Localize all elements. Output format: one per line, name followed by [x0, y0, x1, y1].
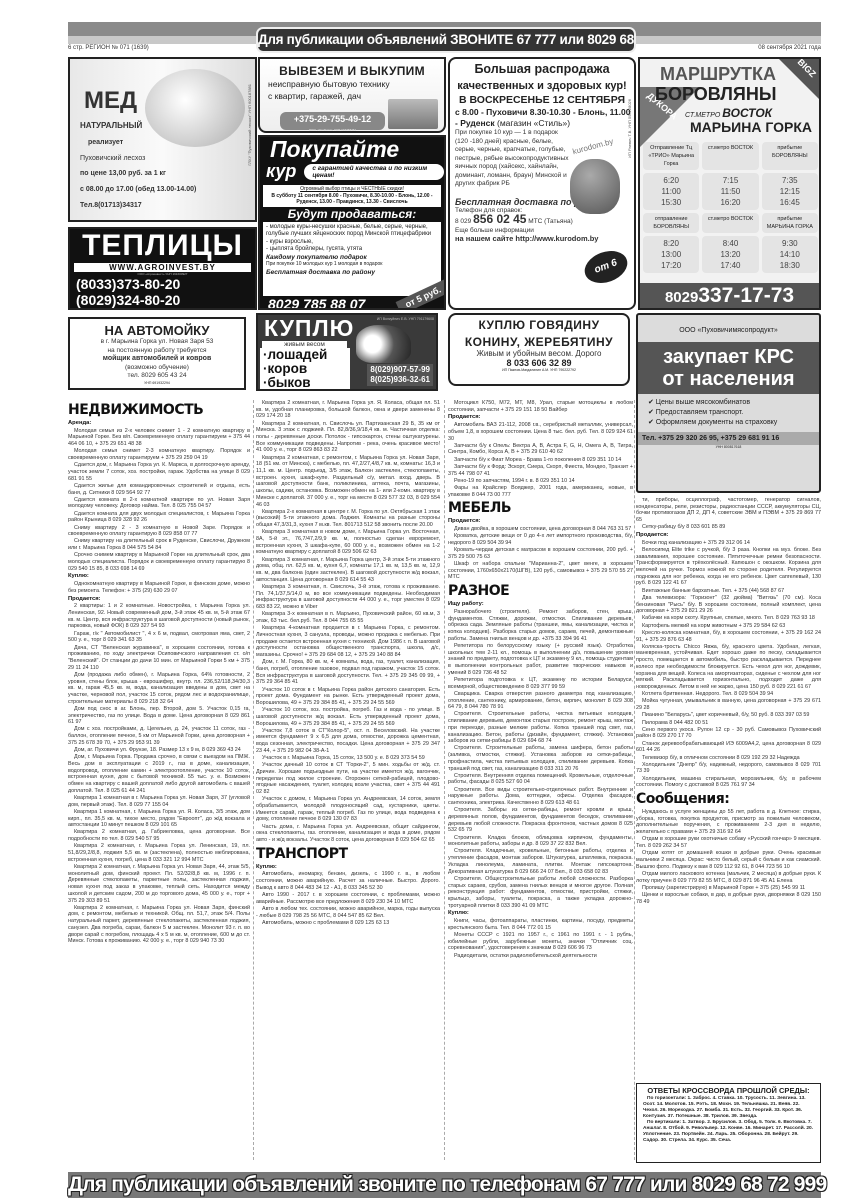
bus-header: ст.метро ВОСТОК — [702, 142, 758, 170]
krs-list: ✔ Цены выше мясокомбинатов ✔ Предоставля… — [638, 394, 819, 432]
bus-time: 8:40 — [704, 238, 756, 249]
section-heading: РАЗНОЕ — [448, 583, 633, 599]
krs-phone: Тел. +375 29 320 26 95, +375 29 681 91 1… — [638, 432, 819, 445]
classified-ad: Дом, г. М. Горка, 80 кв. м, 4 комнаты, в… — [256, 659, 440, 686]
teplitsy-title: ТЕПЛИЦЫ — [70, 229, 255, 263]
classified-ad: Радиодетали, остатки радиолюбительской д… — [448, 953, 633, 960]
kurodom-date: В ВОСКРЕСЕНЬЕ 12 СЕНТЯБРЯ — [450, 93, 634, 107]
bus-times: 9:3014:1018:30 — [762, 236, 818, 273]
classified-ad: Авто 1990 - 2017 г. в хорошем состоянии,… — [256, 892, 440, 905]
classified-ad: Однокомнатную квартиру в Марьиной Горке,… — [68, 581, 250, 594]
classified-ad: Велосипед Elite trike с ручкой, б/у 3 ра… — [636, 547, 821, 587]
crossword-vertical: По вертикали: 1. Затвор. 2. Брусилов. 3.… — [643, 1120, 814, 1144]
classified-ad: Котлета бритвенная. Недорого. Тел. 8 029… — [636, 691, 821, 698]
classified-ad: Холодильник "Днепр" б/у, надежный, недор… — [636, 762, 821, 775]
section-heading: Сообщения: — [636, 791, 821, 807]
classified-ad: Коляска-трость Chicco Явжа, б/у, красног… — [636, 644, 821, 691]
kurodom-site-logo: kurodom.by — [572, 137, 615, 157]
classified-ad: Авто в любом тех. состоянии, можно авари… — [256, 906, 440, 919]
classifieds-column-1: НЕДВИЖИМОСТЬАренда:Молодая семья из 2-х … — [68, 400, 250, 1160]
bus-title3-big: ВОСТОК — [722, 106, 772, 120]
bus-title2: БОРОВЛЯНЫ — [655, 84, 776, 105]
section-heading: МЕБЕЛЬ — [448, 500, 633, 516]
classified-ad: Сетку-рабицу б/у 8 033 601 85 89 — [636, 524, 821, 531]
kurodom-phone: 8 029 856 02 45 МТС (Татьяна) — [450, 215, 634, 227]
beef-phone: 8 033 606 32 89 — [450, 358, 628, 368]
header-banner: Для публикации объявлений ЗВОНИТЕ 67 777… — [256, 27, 636, 53]
classified-ad: Квартира 3 комнатная в новом доме, г. Ма… — [256, 529, 440, 556]
classified-ad: Холодильник, машина стиральная, морозиль… — [636, 776, 821, 789]
classified-ad: Телевизор б/у, в отличном состоянии 8 02… — [636, 755, 821, 762]
classified-ad: Квартира 1 комнатная, г. Марьина Горка у… — [68, 809, 250, 829]
honey-phone: Тел.8(01713)34317 — [80, 202, 142, 209]
bus-title4: МАРЬИНА ГОРКА — [690, 119, 812, 135]
classified-ad: Сдается комната для двух молодых специал… — [68, 511, 250, 524]
classified-ad: Участок 10 соток в г. Марьина Горка райо… — [256, 687, 440, 707]
classified-ad: Участок 10 соток, хоз. постройка, погреб… — [256, 707, 440, 727]
classified-ad: Строителя. Кладка блоков, облицовка кирп… — [448, 835, 633, 848]
subsection-heading: Продается: — [636, 532, 821, 539]
classified-ad: Автомобиль, можно с проблемами 8 029 125… — [256, 920, 440, 927]
footer-banner: Для публикации объявлений звоните по тел… — [68, 1172, 821, 1198]
kury-gift: Каждому покупателю подарок — [266, 254, 438, 262]
subsection-heading: Аренда: — [68, 420, 250, 427]
vyvezem-sub: ООО «ЭкоВилл» УНП 193258461 — [280, 123, 385, 133]
bus-times: 8:2013:0017:20 — [643, 236, 699, 273]
classified-ad: Квартира 2 комнатная, г. Марьина Горка у… — [68, 843, 250, 863]
bus-time: 6:20 — [645, 175, 697, 186]
bus-title1: МАРШРУТКА — [660, 64, 776, 85]
classified-ad: Сдается дом, г. Марьина Горка ул. К. Мар… — [68, 462, 250, 482]
classified-ad: Дом с хоз. постройками, д. Цегельня, д. … — [68, 726, 250, 746]
honey-jar-image — [145, 69, 245, 147]
vyvezem-phone: +375-29-755-49-12 ООО «ЭкоВилл» УНП 1932… — [280, 112, 385, 130]
kury-pill: с гарантией качества и по низким ценам! — [304, 164, 444, 180]
kury-box: Огромный выбор птицы и ЧЕСТНЫЕ скидки! В… — [263, 185, 441, 207]
kury-item1: - молодые куры-несушки красные, белые, с… — [266, 224, 438, 239]
classified-ad: Запчасти б/у к Опель: Вектра А, В, Астра… — [448, 443, 633, 456]
classified-ad: Автомобиль ВАЗ 21-112, 2008 г.в., серебр… — [448, 422, 633, 442]
bus-time: 8:20 — [645, 238, 697, 249]
classified-ad: Запчасти б/у к Форд: Эскорт, Сиера, Скор… — [448, 464, 633, 477]
classified-ad: Шкаф от набора спальни "Марианна-2", цве… — [448, 561, 633, 581]
classified-ad: Книги, часы, фотоаппараты, пластинки, ка… — [448, 918, 633, 931]
kury-box-line2: В субботу 11 сентября 8.00 - Пуховичи, 8… — [266, 193, 438, 206]
classified-ad: Мотоцикл К750, М72, МТ, М8, Урал, старые… — [448, 400, 633, 413]
krs-org: ООО «Пуховичимясопродукт» — [638, 327, 819, 334]
classified-ad: Сниму квартиру на длительный срок в Руде… — [68, 538, 250, 551]
kury-kur: кур — [260, 161, 296, 182]
horses-list: ·лошадей ·коров ·быков — [260, 348, 350, 390]
classified-ad: Строителя. Внутренняя отделка помещений.… — [448, 773, 633, 786]
bus-header: прибытие БОРОВЛЯНЫ — [762, 142, 818, 170]
classified-ad: Строителя. Строительные работы, замена ш… — [448, 745, 633, 772]
classified-ad: Сниму квартиру 2 - 3 комнатную в Новой З… — [68, 525, 250, 538]
horses-phones: 8(029)907-57-99 8(025)936-32-61 — [367, 364, 433, 386]
kurodom-schedule-note: (магазин «Стиль») — [497, 118, 570, 128]
subsection-heading: Куплю: — [68, 573, 250, 580]
column-divider — [253, 400, 254, 1160]
subsection-heading: Куплю: — [448, 910, 633, 917]
bus-time: 13:00 — [645, 249, 697, 260]
honey-line2: Пуховичский лесхоз — [80, 155, 145, 162]
classified-ad: Отдам в хорошие руки охотничью собаку «Р… — [636, 836, 821, 849]
honey-title: МЕД — [84, 87, 137, 115]
subsection-heading: Ищу работу: — [448, 601, 633, 608]
horse-image — [356, 325, 411, 363]
bus-time: 16:20 — [704, 197, 756, 208]
ad-car-wash: НА АВТОМОЙКУ в г. Марьина Горка ул. Нова… — [68, 317, 246, 390]
classified-ad: Строителя. Кладочные, кровельные, бетонн… — [448, 848, 633, 875]
classified-ad: Квартира 2 комнатная, г. Марьина Горка у… — [68, 864, 250, 904]
classifieds-column-2: Квартира 2 комнатная, г. Марьина Горка у… — [256, 400, 440, 1160]
kury-item2: - куры взрослые, — [266, 239, 438, 247]
honey-line1: реализует — [88, 139, 123, 146]
krs-title2: от населения — [638, 368, 819, 390]
classified-ad: Мойка чугунная, умывальник в ванную, цен… — [636, 698, 821, 711]
classifieds-column-4: ти, приборы, осциллограф, частотомер, ге… — [636, 497, 821, 1079]
kurodom-phone-suffix: МТС (Татьяна) — [528, 218, 572, 225]
classified-ad: Строителя. Строительные работы, чистка п… — [448, 711, 633, 745]
bus-header: ст.метро ВОСТОК — [702, 213, 758, 233]
classified-ad: Квартира 4-комнатная продается в г. Марь… — [256, 625, 440, 659]
classified-ad: Пианино "Беларусь", цвет коричневый, б/у… — [636, 712, 821, 719]
bus-phone-prefix: 8029 — [665, 289, 698, 306]
classified-ad: Квартира 1 комнатная в г. Марьина Горка … — [68, 795, 250, 808]
ad-krs: ООО «Пуховичимясопродукт» закупает КРС о… — [636, 313, 821, 493]
appliance-image — [388, 99, 438, 129]
kury-gift-note: При покупке 10 молодых кур 1 молодая в п… — [266, 261, 438, 269]
bus-time: 12:15 — [764, 186, 816, 197]
section-heading: ТРАНСПОРТ — [256, 846, 440, 862]
classified-ad: Кровать-чердак детская с матрасом в хоро… — [448, 547, 633, 560]
classified-ad: Два телевизора: "Горизонт" (32 дюйма) "В… — [636, 595, 821, 615]
kurodom-site: на нашем сайте http://www.kurodom.by — [450, 235, 634, 244]
classified-ad: Квартира 3 комнатная, г. Марьина Горка ц… — [256, 557, 440, 584]
classified-ad: Участок 7,8 соток в СТ"Колор-5", ост. п.… — [256, 728, 440, 755]
classified-ad: Пилорама 8 044 482 00 51 — [636, 720, 821, 727]
bus-time: 7:35 — [764, 175, 816, 186]
column-divider — [444, 400, 445, 1160]
classified-ad: Репетитора подготовка к ЦТ, экзамену по … — [448, 677, 633, 690]
wash-phone: тел. 8029 605 43 24 — [70, 372, 244, 381]
kurodom-schedule: с 8.00 - Пуховичи 8.30-10.30 - Блонь, 11… — [450, 107, 634, 129]
bus-time: 17:20 — [645, 260, 697, 271]
horses-item: ·лошадей — [263, 348, 350, 362]
kury-sub: Будут продаваться: — [260, 207, 444, 222]
wash-line2: на постоянную работу требуется — [70, 347, 244, 356]
classified-ad: Щенки и взрослые собаки, в дар, в добрые… — [636, 892, 821, 905]
wash-line3: мойщик автомобилей и ковров — [70, 355, 244, 364]
classified-ad: Дом под снос в аг. Блонь, пер. Второй, д… — [68, 706, 250, 726]
classified-ad: Строителя. Заборы из сетки-рабицы, ремон… — [448, 807, 633, 834]
ad-vyvezem: ВЫВЕЗЕМ И ВЫКУПИМ неисправную бытовую те… — [258, 57, 446, 133]
classified-ad: Квартира 2 комнатная, с ремонтом, г. Мар… — [256, 455, 440, 509]
bus-time: 7:15 — [704, 175, 756, 186]
crossword-horizontal: По горизонтали: 1. Заброс. 4. Ставка. 10… — [643, 1096, 814, 1120]
classified-ad: Квартира 2-х комнатная в центре г. М. Го… — [256, 509, 440, 529]
bus-phone-number: 337-17-73 — [698, 284, 794, 307]
classified-ad: Монеты СССР с 1921 по 1957 г., с 1961 по… — [448, 932, 633, 952]
subsection-heading: Продается: — [448, 518, 633, 525]
krs-item: ✔ Предоставляем транспорт. — [648, 408, 809, 418]
honey-vertical: ГЛХУ "Пуховичский лесхоз" УНП 600187881 — [247, 84, 252, 166]
bus-phone: 8029337-17-73 — [640, 283, 819, 308]
classified-ad: Участок дачный 10 соток в СТ "Горки-2", … — [256, 762, 440, 796]
classified-ad: Участок с домом, г. Марьина Горка ул. Ан… — [256, 796, 440, 823]
crossword-answers: ОТВЕТЫ КРОССВОРДА ПРОШЛОЙ СРЕДЫ: По гори… — [636, 1083, 821, 1163]
classified-ad: Кроватка, детские вещи от 0 до 4-х лет и… — [448, 533, 633, 546]
classified-ad: Кабачки на корм скоту. Крупные, спелые, … — [636, 615, 821, 622]
krs-title: закупает КРС от населения — [638, 342, 819, 394]
kurodom-title1: Большая распродажа — [450, 62, 634, 76]
classified-ad: Квартира 2 комнатная, п. Свислочь ул. Па… — [256, 421, 440, 455]
classified-ad: Гараж, г/к " Автомобилист ", 4 х 6 м, по… — [68, 631, 250, 644]
horses-ip: ИП Волкуйнич Е.В. УНП 791179608 — [377, 317, 434, 321]
classified-ad: Винтажные банные бархатные. Тел. + 375 (… — [636, 588, 821, 595]
ad-horses: ИП Волкуйнич Е.В. УНП 791179608 КУПЛЮ жи… — [256, 313, 438, 391]
classified-ad: Пропишу (зарегистрирую) в Марьиной Горке… — [636, 885, 821, 892]
classified-ad: Строителя. Все виды строительно-отделочн… — [448, 787, 633, 807]
bus-time: 11:50 — [704, 186, 756, 197]
classified-ad: Картофель мелкий на корм животным + 375 … — [636, 623, 821, 630]
classified-ad: Дом, аг. Пуховичи ул. Фрунзе, 18. Размер… — [68, 747, 250, 754]
kury-delivery: Бесплатная доставка по району — [266, 269, 438, 277]
classified-ad: Сварщика. Сварка отверстия разного диаме… — [448, 691, 633, 711]
bus-timetable: Отправление Тц «ТРИО» Марьина Горка ст.м… — [643, 142, 818, 273]
krs-unp: УНН 800817618 — [638, 445, 819, 449]
vyvezem-title: ВЫВЕЗЕМ И ВЫКУПИМ — [260, 64, 444, 78]
bus-header: прибытие МАРЬИНА ГОРКА — [762, 213, 818, 233]
classified-ad: 2 квартиры: 1 и 2 комнатные. Новостройка… — [68, 603, 250, 630]
vyvezem-line1: неисправную бытовую технику — [260, 78, 444, 90]
classified-ad: Диван двойка, в хорошем состоянии, цена … — [448, 526, 633, 533]
honey-subtitle: НАТУРАЛЬНЫЙ — [80, 121, 142, 130]
classified-ad: Автомобиль, иномарку, бензин, дизель, с … — [256, 871, 440, 891]
bus-time: 15:30 — [645, 197, 697, 208]
bus-time: 9:30 — [764, 238, 816, 249]
teplitsy-phone2: (8029)324-80-20 — [70, 292, 255, 308]
classified-ad: Дом (продажа либо обмен), г. Марьина Гор… — [68, 672, 250, 706]
newspaper-page: Для публикации объявлений ЗВОНИТЕ 67 777… — [68, 0, 821, 1200]
bus-times: 8:4013:2017:40 — [702, 236, 758, 273]
honey-price: по цене 13,00 руб. за 1 кг — [80, 170, 166, 177]
beef-ip: ИП Пьянов-Магдалинин А.М. УНП 790222792 — [450, 368, 628, 372]
classified-ad: Сдается жилье для командировочных строит… — [68, 483, 250, 496]
classified-ad: Часть дома, г. Марьина Горка ул. Андреев… — [256, 824, 440, 844]
kurodom-phone-number: 856 02 45 — [473, 212, 526, 226]
classified-ad: Молодая семья снимет 2-3 комнатную кварт… — [68, 448, 250, 461]
classified-ad: Разнорабочего (строителя). Ремонт заборо… — [448, 609, 633, 643]
classified-ad: Кресло-коляска комнатная, б/у, в хорошем… — [636, 630, 821, 643]
kurodom-price-badge: от 6 руб. — [580, 245, 632, 288]
kurodom-vertical: ИП Раевич Т.В. УНП 590128026 — [627, 99, 632, 158]
horses-phone1: 8(029)907-57-99 — [370, 365, 430, 375]
teplitsy-url: WWW.AGROINVEST.BY — [74, 263, 251, 272]
krs-title1: закупает КРС — [638, 346, 819, 368]
section-heading: НЕДВИЖИМОСТЬ — [68, 402, 250, 418]
classified-ad: Сдается комната в 2-х комнатной квартире… — [68, 497, 250, 510]
bus-time: 16:45 — [764, 197, 816, 208]
classified-ad: Строителя. Общестроительные работы любой… — [448, 876, 633, 910]
bus-time: 14:10 — [764, 249, 816, 260]
krs-item: ✔ Цены выше мясокомбинатов — [648, 398, 809, 408]
horses-phone2: 8(025)936-32-61 — [370, 375, 430, 385]
subsection-heading: Куплю: — [256, 864, 440, 871]
bus-times: 7:1511:5016:20 — [702, 173, 758, 210]
bus-time: 11:00 — [645, 186, 697, 197]
classified-ad: Фары на Крайслер Вояджер, 2001 года, аме… — [448, 485, 633, 498]
classified-ad: Срочно снимем квартиру в Марьиной Горке … — [68, 552, 250, 572]
wash-title: НА АВТОМОЙКУ — [70, 323, 244, 338]
folio-right: 08 сентября 2021 года — [758, 45, 821, 51]
ad-honey: МЕД НАТУРАЛЬНЫЙ реализует Пуховичский ле… — [68, 57, 257, 222]
ad-beef: КУПЛЮ ГОВЯДИНУ КОНИНУ, ЖЕРЕБЯТИНУ Живым … — [448, 313, 630, 386]
horses-item: ·коров — [263, 362, 350, 376]
bus-header: Отправление Тц «ТРИО» Марьина Горка — [643, 142, 699, 170]
wash-unp: УНП 691932294 — [70, 381, 244, 385]
subsection-heading: Продается: — [68, 596, 250, 603]
kurodom-title2: качественных и здоровых кур! — [450, 79, 634, 93]
classifieds-column-3: Мотоцикл К750, М72, МТ, М8, Урал, старые… — [448, 400, 633, 1160]
bus-times: 7:3512:1516:45 — [762, 173, 818, 210]
classified-ad: Квартира 3-х комнатная в п. Маръино, Пух… — [256, 611, 440, 624]
classified-ad: Дом, г. Марьина Горка. Продажа срочно, в… — [68, 754, 250, 794]
ad-kury: Покупайте кур с гарантией качества и по … — [258, 135, 446, 310]
classified-ad: Участок в г. Марьина Горка, 15 соток, 13… — [256, 755, 440, 762]
column-divider — [634, 400, 635, 1160]
bus-title3: СТ.МЕТРО ВОСТОК — [685, 106, 772, 120]
horses-item: ·быков — [263, 376, 350, 390]
classified-ad: Квартира 2 комнатная, г. Марьина Горка у… — [68, 905, 250, 945]
classified-ad: Запчасти б/у к Фиат Мореа - Брава 1-го п… — [448, 457, 633, 464]
ad-kurodom: Большая распродажа качественных и здоров… — [448, 57, 636, 310]
classified-ad: Станок деревообрабатывающий ИЭ 6009А4,2,… — [636, 741, 821, 754]
classified-ad: Бочки под канализацию + 375 29 312 06 14 — [636, 540, 821, 547]
bus-time: 18:30 — [764, 260, 816, 271]
crossword-title: ОТВЕТЫ КРОССВОРДА ПРОШЛОЙ СРЕДЫ: — [643, 1088, 814, 1094]
bus-time: 13:20 — [704, 249, 756, 260]
kury-item3: - цыплята бройлеры, гусята, утята — [266, 246, 438, 254]
ad-bus-schedule: BIGZ ДУКОРА МАРШРУТКА БОРОВЛЯНЫ СТ.МЕТРО… — [638, 57, 821, 310]
bus-title3-small: СТ.МЕТРО — [685, 112, 720, 119]
honey-hours: с 08.00 до 17.00 (обед 13.00-14.00) — [80, 186, 196, 193]
bus-time: 17:40 — [704, 260, 756, 271]
beef-line: Живым и убойным весом. Дорого — [450, 349, 628, 358]
kury-list: - молодые куры-несушки красные, белые, с… — [263, 222, 441, 296]
beef-title1: КУПЛЮ ГОВЯДИНУ — [450, 318, 628, 332]
wash-line1: в г. Марьина Горка ул. Новая Заря 53 — [70, 338, 244, 347]
classified-ad: Квартира 3 комнатная, п. Свислочь, 3-й э… — [256, 584, 440, 611]
classified-ad: Квартира 2 комнатная, д. Габриеловка, це… — [68, 829, 250, 842]
krs-item: ✔ Оформляем документы на страховку — [648, 418, 809, 428]
classified-ad: Сено первого укоса. Рулон 12 ср - 30 руб… — [636, 727, 821, 740]
teplitsy-phone1: (8033)373-80-20 — [70, 276, 255, 292]
beef-title2: КОНИНУ, ЖЕРЕБЯТИНУ — [450, 335, 628, 349]
classified-ad: Квартира 2 комнатная, г. Марьина Горка у… — [256, 400, 440, 420]
classified-ad: Рено-19 по запчастям, 1994 г. в. 8 029 3… — [448, 478, 633, 485]
classified-ad: ти, приборы, осциллограф, частотомер, ге… — [636, 497, 821, 524]
classified-ad: Дача, СТ "Веленская журавинка", в хороше… — [68, 645, 250, 672]
classified-ad: Отдам котят от домашней кошки в добрые р… — [636, 850, 821, 870]
ad-teplitsy: ТЕПЛИЦЫ WWW.AGROINVEST.BY ООО «Агроинвес… — [68, 227, 257, 310]
kurodom-phone-prefix: 8 029 — [455, 218, 471, 225]
bus-header: отправление БОРОВЛЯНЫ — [643, 213, 699, 233]
classified-ad: Нуждаюсь в услуге женщины до 55 лет, раб… — [636, 809, 821, 836]
folio-left: 6 стр. РЕГИОН № 071 (1639) — [68, 45, 149, 51]
kurodom-text: При покупке 10 кур — 1 в подарок (120 -1… — [450, 129, 570, 189]
classified-ad: Отдам милого ласкового котенка (мальчик,… — [636, 871, 821, 884]
bus-times: 6:2011:0015:30 — [643, 173, 699, 210]
classified-ad: Молодая семья из 2-х человек снимет 1 - … — [68, 428, 250, 448]
wash-line4: (возможно обучение) — [70, 364, 244, 373]
subsection-heading: Продается: — [448, 414, 633, 421]
classified-ad: Репетитора по белорусскому языку (+ русс… — [448, 643, 633, 677]
hen-image — [570, 159, 620, 214]
kury-title: Покупайте — [260, 137, 444, 161]
